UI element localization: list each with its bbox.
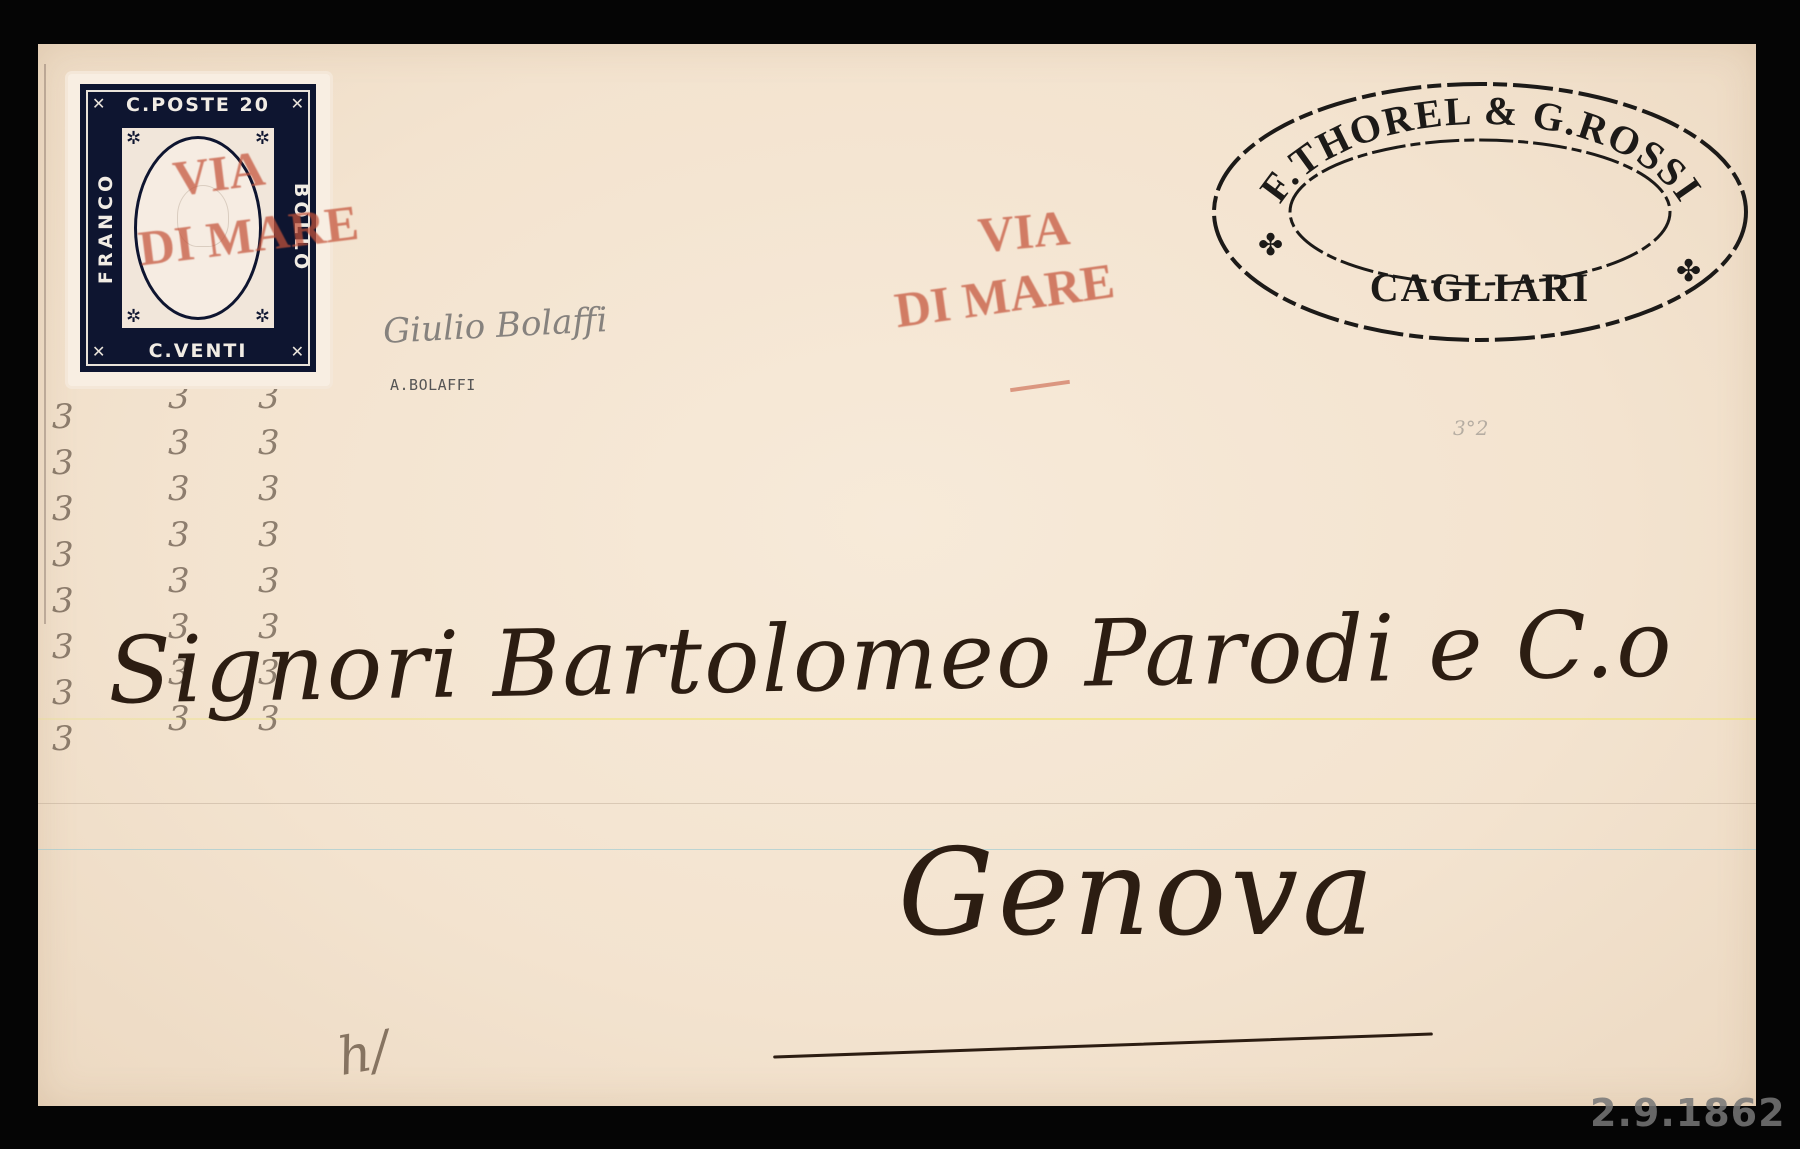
letter-sheet: 3 3 3 3 3 3 3 3 3 3 3 3 3 3 3 3 3 3 3 3 … [38,44,1756,1106]
ink-note: h/ [333,1020,394,1088]
red-postmark-line2: DI MARE [891,251,1118,339]
cachet-name: F.THOREL & G.ROSSI [1251,88,1712,211]
stamp-top-text: C.POSTE 20 [80,94,316,116]
cachet-city: CAGLIARI [1206,264,1754,311]
sender-cachet: F.THOREL & G.ROSSI CAGLIARI ✤ ✤ [1206,64,1754,344]
stamp-bottom-text: C.VENTI [80,340,316,362]
ledger-column: 3 3 3 3 3 3 3 3 [52,394,74,762]
red-postmark-line1: VIA [976,198,1072,264]
rosette-icon: ✲ [126,130,141,148]
address-recipient: Signori Bartolomeo Parodi e C.o [107,590,1674,724]
ruled-line [38,849,1756,850]
clover-icon: ✤ [1676,254,1701,289]
address-city: Genova [898,824,1378,963]
red-postmark-line1: VIA [170,139,268,208]
fold-line [38,803,1756,804]
expert-handstamp: A.BOLAFFI [390,376,476,394]
red-dash [1010,380,1070,392]
paper-edge [44,64,46,624]
expert-signature: Giulio Bolaffi [382,300,608,352]
stamp-left-text: FRANCO [95,172,117,284]
clover-icon: ✤ [1258,228,1283,263]
rosette-icon: ✲ [126,308,141,326]
pencil-note: 3°2 [1453,416,1488,440]
svg-text:F.THOREL & G.ROSSI: F.THOREL & G.ROSSI [1251,88,1712,211]
address-underline [773,1032,1433,1058]
date-note: 2.9.1862 [1590,1091,1786,1135]
rosette-icon: ✲ [255,308,270,326]
